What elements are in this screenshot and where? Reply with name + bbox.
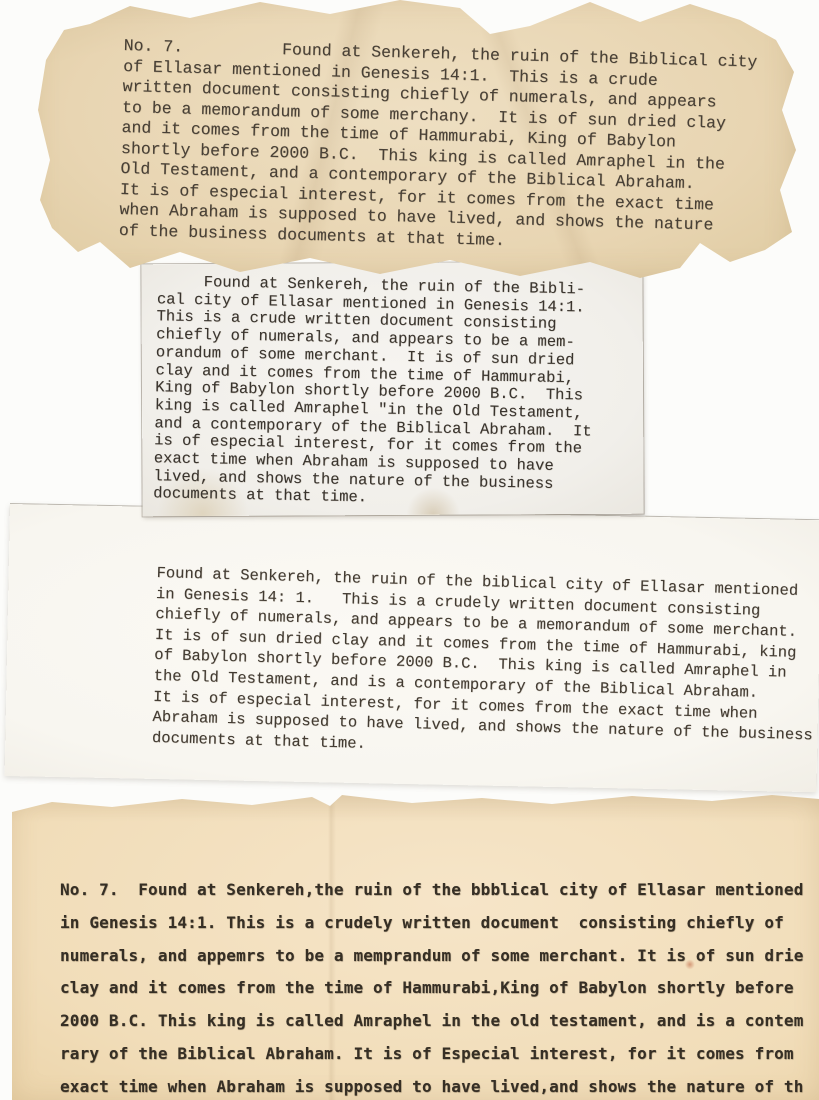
- note-2-text: Found at Senkereh, the ruin of the Bibli…: [153, 273, 595, 511]
- scanned-page: No. 7. Found at Senkereh, the ruin of th…: [0, 0, 819, 1100]
- typewritten-note-2: Found at Senkereh, the ruin of the Bibli…: [141, 262, 643, 517]
- note-4-text: No. 7. Found at Senkereh,the ruin of the…: [60, 874, 804, 1100]
- typewritten-note-4: No. 7. Found at Senkereh,the ruin of the…: [12, 792, 819, 1100]
- note-1-text: No. 7. Found at Senkereh, the ruin of th…: [119, 36, 758, 258]
- typewritten-note-1: No. 7. Found at Senkereh, the ruin of th…: [24, 0, 800, 284]
- note-3-text: Found at Senkereh, the ruin of the bibli…: [152, 563, 817, 767]
- typewritten-note-3: Found at Senkereh, the ruin of the bibli…: [5, 504, 819, 792]
